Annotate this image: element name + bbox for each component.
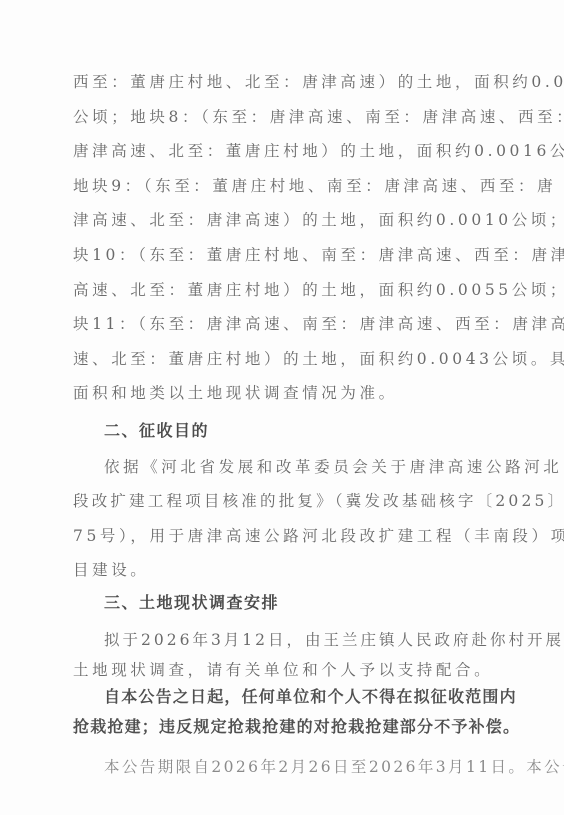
body-text-line: 块11：（东至：唐津高速、南至：唐津高速、西至：唐津高 xyxy=(73,314,493,334)
body-text-line: 拟于2026年3月12日，由王兰庄镇人民政府赴你村开展 xyxy=(104,630,524,650)
section-heading-purpose: 二、征收目的 xyxy=(104,420,209,442)
body-text-line: 西至：董唐庄村地、北至：唐津高速）的土地，面积约0.0007 xyxy=(73,72,493,92)
body-text-line: 公顷；地块8：（东至：唐津高速、南至：唐津高速、西至： xyxy=(73,107,493,127)
notice-text-line: 抢栽抢建；违反规定抢栽抢建的对抢栽抢建部分不予补偿。 xyxy=(73,716,520,738)
body-text-line: 唐津高速、北至：董唐庄村地）的土地，面积约0.0016公顷； xyxy=(73,141,493,161)
period-text-line: 本公告期限自2026年2月26日至2026年3月11日。本公告 xyxy=(104,757,524,777)
body-text-line: 面积和地类以土地现状调查情况为准。 xyxy=(73,383,493,403)
body-text-line: 速、北至：董唐庄村地）的土地，面积约0.0043公顷。具体 xyxy=(73,349,493,369)
body-text-line: 土地现状调查，请有关单位和个人予以支持配合。 xyxy=(73,660,493,680)
body-text-line: 75号），用于唐津高速公路河北段改扩建工程（丰南段）项 xyxy=(73,526,493,546)
body-text-line: 地块9：（东至：董唐庄村地、南至：唐津高速、西至：唐 xyxy=(73,176,493,196)
body-text-line: 目建设。 xyxy=(73,560,493,580)
body-text-line: 依据《河北省发展和改革委员会关于唐津高速公路河北 xyxy=(104,457,494,477)
document-page: 西至：董唐庄村地、北至：唐津高速）的土地，面积约0.0007 公顷；地块8：（东… xyxy=(0,0,564,815)
body-text-line: 块10：（东至：董唐庄村地、南至：唐津高速、西至：唐津 xyxy=(73,245,493,265)
body-text-line: 高速、北至：董唐庄村地）的土地，面积约0.0055公顷；地 xyxy=(73,280,493,300)
section-heading-survey: 三、土地现状调查安排 xyxy=(104,592,279,614)
body-text-line: 津高速、北至：唐津高速）的土地，面积约0.0010公顷；地 xyxy=(73,210,493,230)
body-text-line: 段改扩建工程项目核准的批复》（冀发改基础核字〔2025〕 xyxy=(73,491,493,511)
notice-text-line: 自本公告之日起，任何单位和个人不得在拟征收范围内 xyxy=(104,686,517,708)
